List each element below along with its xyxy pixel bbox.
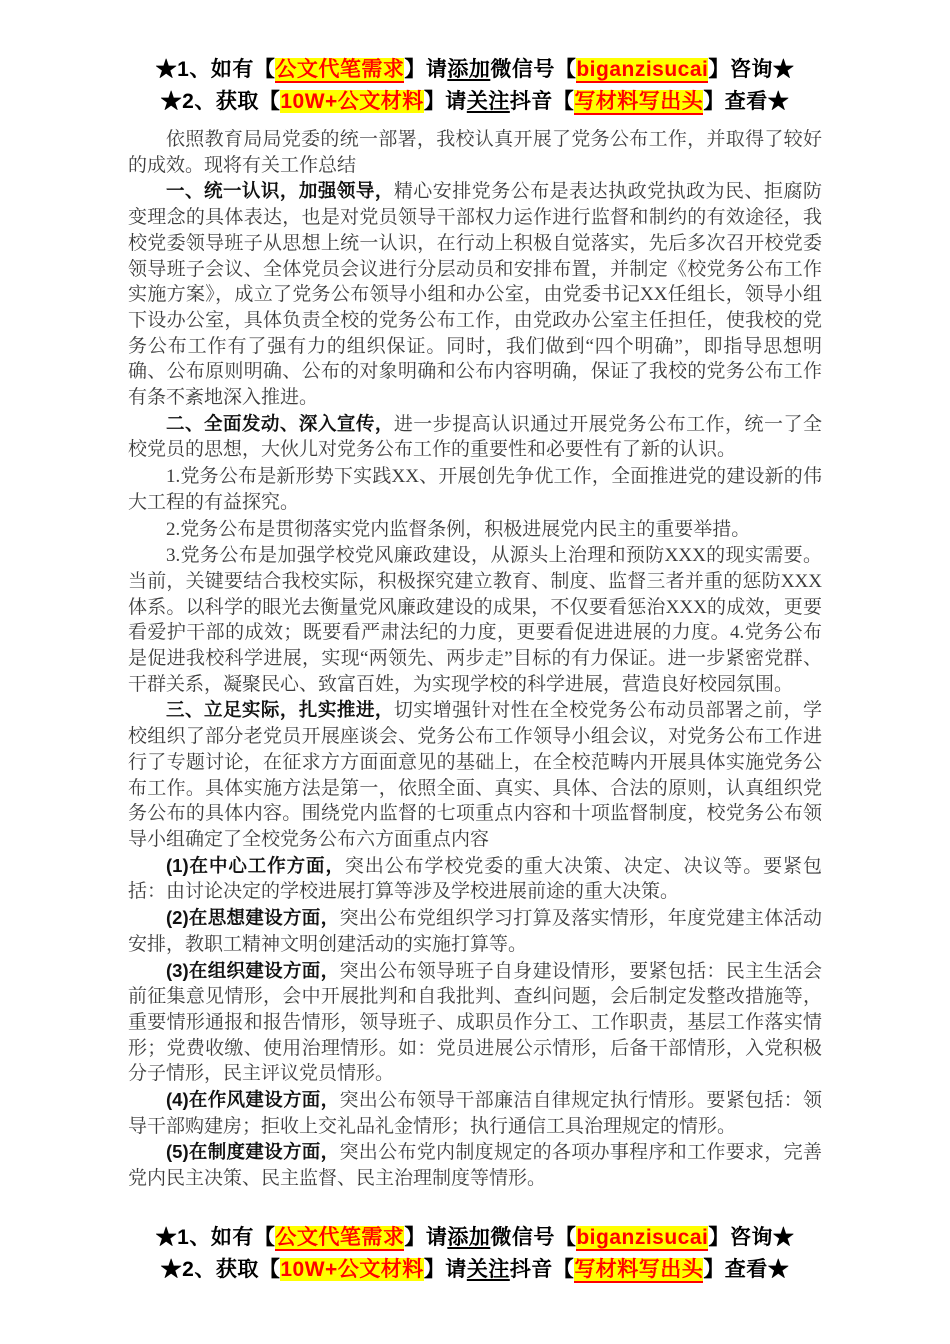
paragraph-point-2: 2.党务公布是贯彻落实党内监督条例，积极进展党内民主的重要举措。 [128, 516, 822, 543]
paragraph-head: (3)在组织建设方面， [166, 960, 339, 981]
paragraph-section-3: 三、立足实际，扎实推进，切实增强针对性在全校党务公布动员部署之前，学校组织了部分… [128, 697, 822, 852]
highlight-douyin-name: 写材料写出头 [574, 90, 703, 115]
banner-suffix: 】咨询★ [708, 1226, 794, 1249]
paragraph-item-5: (5)在制度建设方面，突出公布党内制度规定的各项办事程序和工作要求，完善党内民主… [128, 1139, 822, 1191]
paragraph-section-1: 一、统一认识，加强领导，精心安排党务公布是表达执政党执政为民、拒腐防变理念的具体… [128, 178, 822, 410]
highlight-douyin-name: 写材料写出头 [574, 1258, 703, 1283]
highlight-wechat-id: biganzisucai [576, 58, 708, 83]
paragraph-section-2: 二、全面发动、深入宣传，进一步提高认识通过开展党务公布工作，统一了全校党员的思想… [128, 411, 822, 463]
banner-wechat-label: 微信号【 [490, 1226, 576, 1249]
paragraph-item-3: (3)在组织建设方面，突出公布领导班子自身建设情形，要紧包括：民主生活会前征集意… [128, 958, 822, 1088]
highlight-service-need: 公文代笔需求 [275, 1226, 404, 1251]
paragraph-text: 依照教育局局党委的统一部署，我校认真开展了党务公布工作，并取得了较好的成效。现将… [128, 129, 822, 176]
underline-add-word: 添加 [447, 58, 490, 81]
paragraph-head: 一、统一认识，加强领导， [166, 180, 394, 201]
paragraph-text: 3.党务公布是加强学校党风廉政建设，从源头上治理和预防XXX的现实需要。当前，关… [128, 545, 822, 695]
paragraph-text: 切实增强针对性在全校党务公布动员部署之前，学校组织了部分老党员开展座谈会、党务公… [128, 700, 822, 850]
banner-prefix: ★1、如有【 [156, 58, 276, 81]
highlight-wechat-id: biganzisucai [576, 1226, 708, 1251]
document-body: 依照教育局局党委的统一部署，我校认真开展了党务公布工作，并取得了较好的成效。现将… [128, 126, 822, 1192]
promo-line-2: ★2、获取【10W+公文材料】请关注抖音【写材料写出头】查看★ [0, 1254, 950, 1286]
underline-follow-word: 关注 [467, 90, 510, 113]
banner-douyin-label: 抖音【 [510, 90, 575, 113]
banner-mid-2: 】请 [424, 1258, 467, 1281]
paragraph-text: 2.党务公布是贯彻落实党内监督条例，积极进展党内民主的重要举措。 [166, 519, 750, 540]
banner-mid-2: 】请 [424, 90, 467, 113]
highlight-materials: 10W+公文材料 [280, 90, 423, 113]
promo-line-1: ★1、如有【公文代笔需求】请添加微信号【biganzisucai】咨询★ [0, 54, 950, 86]
document-page: ★1、如有【公文代笔需求】请添加微信号【biganzisucai】咨询★ ★2、… [0, 0, 950, 1344]
paragraph-intro: 依照教育局局党委的统一部署，我校认真开展了党务公布工作，并取得了较好的成效。现将… [128, 126, 822, 178]
underline-add-word: 添加 [447, 1226, 490, 1249]
promo-banner-top: ★1、如有【公文代笔需求】请添加微信号【biganzisucai】咨询★ ★2、… [0, 0, 950, 118]
paragraph-point-3-4: 3.党务公布是加强学校党风廉政建设，从源头上治理和预防XXX的现实需要。当前，关… [128, 542, 822, 697]
banner-mid: 】请 [404, 58, 447, 81]
banner-prefix-2: ★2、获取【 [161, 90, 281, 113]
paragraph-item-1: (1)在中心工作方面，突出公布学校党委的重大决策、决定、决议等。要紧包括：由讨论… [128, 853, 822, 905]
paragraph-text: 精心安排党务公布是表达执政党执政为民、拒腐防变理念的具体表达，也是对党员领导干部… [128, 181, 822, 408]
paragraph-head: (5)在制度建设方面， [166, 1141, 339, 1162]
banner-suffix-2: 】查看★ [703, 1258, 789, 1281]
underline-follow-word: 关注 [467, 1258, 510, 1281]
promo-line-2: ★2、获取【10W+公文材料】请关注抖音【写材料写出头】查看★ [0, 86, 950, 118]
banner-mid: 】请 [404, 1226, 447, 1249]
promo-banner-bottom: ★1、如有【公文代笔需求】请添加微信号【biganzisucai】咨询★ ★2、… [0, 1222, 950, 1286]
banner-prefix: ★1、如有【 [156, 1226, 276, 1249]
highlight-service-need: 公文代笔需求 [275, 58, 404, 83]
paragraph-item-2: (2)在思想建设方面，突出公布党组织学习打算及落实情形，年度党建主体活动安排，教… [128, 905, 822, 957]
banner-douyin-label: 抖音【 [510, 1258, 575, 1281]
paragraph-item-4: (4)在作风建设方面，突出公布领导干部廉洁自律规定执行情形。要紧包括：领导干部购… [128, 1087, 822, 1139]
banner-prefix-2: ★2、获取【 [161, 1258, 281, 1281]
paragraph-head: 三、立足实际，扎实推进， [166, 699, 394, 720]
highlight-materials: 10W+公文材料 [280, 1258, 423, 1281]
paragraph-point-1: 1.党务公布是新形势下实践XX、开展创先争优工作，全面推进党的建设新的伟大工程的… [128, 463, 822, 515]
paragraph-head: (2)在思想建设方面， [166, 907, 339, 928]
banner-suffix: 】咨询★ [708, 58, 794, 81]
promo-line-1: ★1、如有【公文代笔需求】请添加微信号【biganzisucai】咨询★ [0, 1222, 950, 1254]
banner-suffix-2: 】查看★ [703, 90, 789, 113]
paragraph-head: 二、全面发动、深入宣传， [166, 413, 394, 434]
banner-wechat-label: 微信号【 [490, 58, 576, 81]
paragraph-head: (1)在中心工作方面， [166, 855, 345, 876]
paragraph-text: 1.党务公布是新形势下实践XX、开展创先争优工作，全面推进党的建设新的伟大工程的… [128, 466, 822, 513]
paragraph-head: (4)在作风建设方面， [166, 1089, 339, 1110]
